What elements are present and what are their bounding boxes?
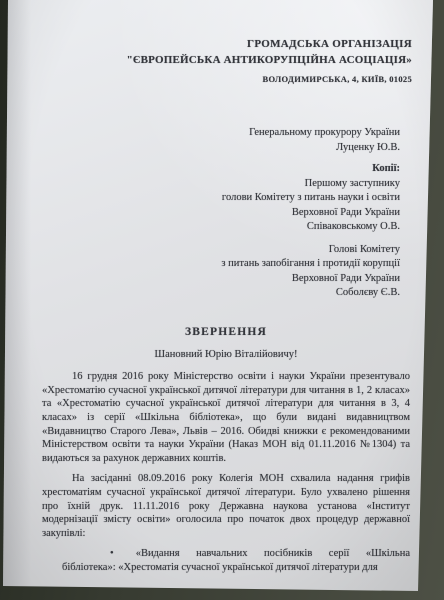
copy1-line: Верховної Ради України: [221, 206, 400, 221]
copies-label: Копії:: [221, 162, 400, 177]
addressee-block: Генеральному прокурору України Луценку Ю…: [221, 126, 400, 301]
bullet-icon: •: [110, 548, 114, 559]
copy1-line: голови Комітету з питань науки і освіти: [221, 191, 400, 206]
letter-content: ГРОМАДСЬКА ОРГАНІЗАЦІЯ "ЄВРОПЕЙСЬКА АНТИ…: [0, 0, 444, 600]
primary-addressee: Генеральному прокурору України Луценку Ю…: [221, 126, 400, 155]
paragraph-1: 16 грудня 2016 року Міністерство освіти …: [42, 370, 410, 465]
organization-address: ВОЛОДИМИРСЬКА, 4, КИЇВ, 01025: [42, 73, 412, 85]
copy-addressee-1: Першому заступнику голови Комітету з пит…: [221, 177, 400, 235]
organization-type: ГРОМАДСЬКА ОРГАНІЗАЦІЯ: [42, 36, 412, 52]
organization-name: "ЄВРОПЕЙСЬКА АНТИКОРУПЦІЙНА АСОЦІАЦІЯ»: [42, 52, 412, 68]
copy2-line: Верховної Ради України: [221, 272, 400, 287]
copy2-line: з питань запобігання і протидії корупції: [221, 257, 400, 272]
primary-addressee-line: Луценку Ю.В.: [221, 141, 400, 156]
letter-page: ГРОМАДСЬКА ОРГАНІЗАЦІЯ "ЄВРОПЕЙСЬКА АНТИ…: [0, 0, 444, 600]
letterhead: ГРОМАДСЬКА ОРГАНІЗАЦІЯ "ЄВРОПЕЙСЬКА АНТИ…: [42, 36, 412, 85]
paragraph-2: На засіданні 08.09.2016 року Колегія МОН…: [42, 472, 410, 540]
salutation: Шановний Юрію Віталійовичу!: [42, 348, 410, 362]
copy2-line: Соболєву Є.В.: [221, 286, 400, 301]
bullet-item-text: «Видання навчальних посібників серії «Шк…: [62, 548, 410, 573]
copy2-line: Голові Комітету: [221, 243, 400, 258]
copy-addressee-2: Голові Комітету з питань запобігання і п…: [221, 243, 400, 301]
letter-body: ЗВЕРНЕННЯ Шановний Юрію Віталійовичу! 16…: [42, 326, 410, 575]
bullet-item-1: •«Видання навчальних посібників серії «Ш…: [62, 547, 410, 574]
copy1-line: Співаковському О.В.: [221, 220, 400, 235]
document-title: ЗВЕРНЕННЯ: [42, 326, 410, 340]
spacer: [221, 235, 400, 243]
photo-background: ГРОМАДСЬКА ОРГАНІЗАЦІЯ "ЄВРОПЕЙСЬКА АНТИ…: [0, 0, 444, 600]
primary-addressee-line: Генеральному прокурору України: [221, 126, 400, 141]
copy1-line: Першому заступнику: [221, 177, 400, 192]
